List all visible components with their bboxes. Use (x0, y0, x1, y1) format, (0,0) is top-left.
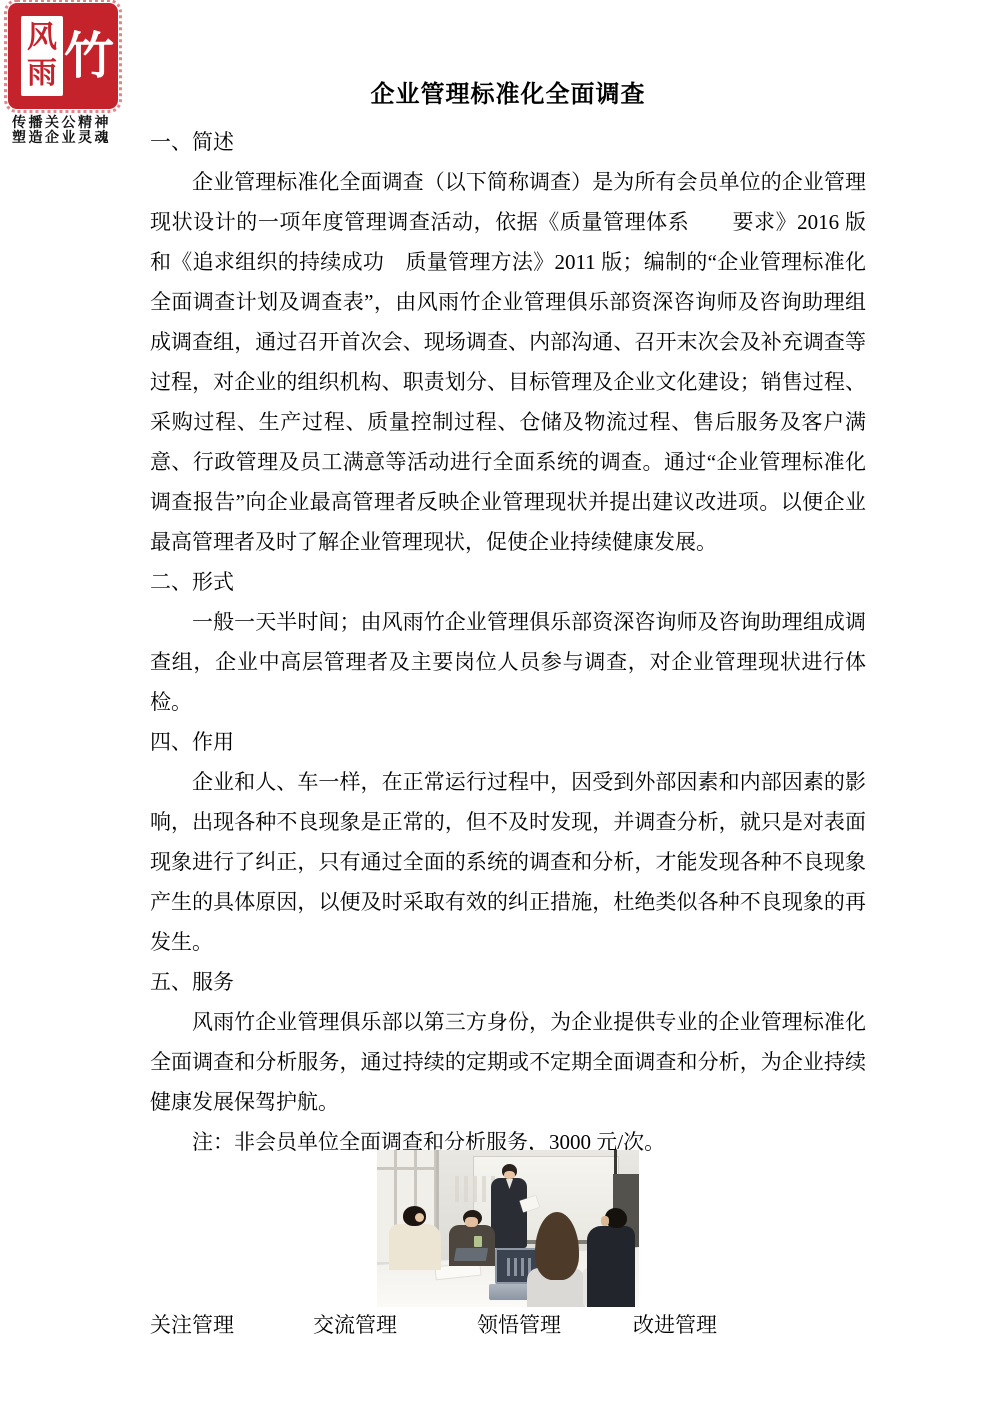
footer-item-2: 交流管理 (313, 1315, 397, 1336)
photo-presenter-body (491, 1178, 527, 1248)
photo-green-cup (474, 1236, 482, 1247)
stamp-left-panel: 风 雨 (21, 16, 63, 96)
document-title: 企业管理标准化全面调查 (150, 77, 866, 113)
document-content: 企业管理标准化全面调查 一、简述 企业管理标准化全面调查（以下简称调查）是为所有… (150, 0, 866, 1339)
logo-slogans: 传播关公精神 塑造企业灵魂 (12, 116, 148, 146)
section-heading-4: 四、作用 (150, 722, 866, 762)
footer-item-4: 改进管理 (633, 1315, 717, 1336)
section-2-paragraph: 一般一天半时间；由风雨竹企业管理俱乐部资深咨询师及咨询助理组成调查组，企业中高层… (150, 602, 866, 722)
photo-right-man-body (587, 1226, 635, 1307)
photo-seated-woman-face (415, 1213, 424, 1222)
section-1-paragraph: 企业管理标准化全面调查（以下简称调查）是为所有会员单位的企业管理现状设计的一项年… (150, 162, 866, 562)
slogan-line-1: 传播关公精神 (12, 116, 148, 131)
photo-right-man-face (601, 1216, 609, 1226)
section-heading-5: 五、服务 (150, 962, 866, 1002)
photo-seated-man-face (465, 1217, 478, 1227)
company-logo: 风 雨 竹 传播关公精神 塑造企业灵魂 (8, 3, 148, 146)
photo-laptop-small (454, 1248, 488, 1261)
section-5-paragraph: 风雨竹企业管理俱乐部以第三方身份，为企业提供专业的企业管理标准化全面调查和分析服… (150, 1002, 866, 1122)
photo-presenter-face (504, 1171, 515, 1179)
document-page: 风 雨 竹 传播关公精神 塑造企业灵魂 企业管理标准化全面调查 一、简述 企业管… (0, 0, 1000, 1414)
stamp-char-wind: 风 (27, 23, 57, 53)
footer-item-3: 领悟管理 (477, 1315, 561, 1336)
stamp-char-rain: 雨 (27, 59, 57, 89)
business-meeting-photo (377, 1150, 639, 1307)
footer-slogans: 关注管理 交流管理 领悟管理 改进管理 (150, 1315, 866, 1339)
stamp-char-bamboo: 竹 (65, 9, 113, 103)
section-heading-2: 二、形式 (150, 562, 866, 602)
photo-seated-woman-body (389, 1224, 441, 1270)
red-seal-stamp-icon: 风 雨 竹 (8, 3, 118, 109)
slogan-line-2: 塑造企业灵魂 (12, 131, 148, 146)
footer-item-1: 关注管理 (150, 1315, 234, 1336)
section-heading-1: 一、简述 (150, 122, 866, 162)
section-4-paragraph: 企业和人、车一样，在正常运行过程中，因受到外部因素和内部因素的影响，出现各种不良… (150, 762, 866, 962)
